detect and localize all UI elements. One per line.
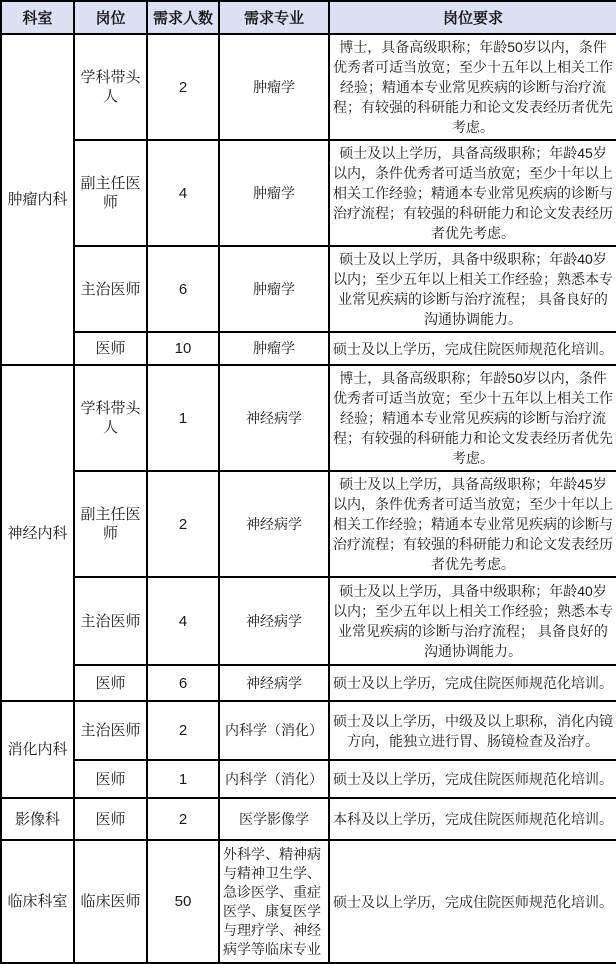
table-row: 影像科 医师 2 医学影像学 本科及以上学历，完成住院医师规范化培训。: [1, 798, 616, 840]
department-cell: 消化内科: [1, 701, 74, 798]
table-row: 主治医师 6 肿瘤学 硕士及以上学历，具备中级职称；年龄40岁以内；至少五年以上…: [1, 246, 616, 332]
table-row: 医师 1 内科学（消化） 硕士及以上学历，完成住院医师规范化培训。: [1, 760, 616, 798]
count-cell: 1: [147, 365, 219, 471]
count-cell: 2: [147, 798, 219, 840]
requirements-cell: 硕士及以上学历，具备中级职称；年龄40岁以内；至少五年以上相关工作经验；熟悉本专…: [329, 577, 616, 665]
header-row: 科室 岗位 需求人数 需求专业 岗位要求: [1, 1, 616, 34]
position-cell: 主治医师: [74, 246, 147, 332]
requirements-cell: 博士，具备高级职称；年龄50岁以内，条件优秀者可适当放宽；至少十五年以上相关工作…: [329, 365, 616, 471]
major-cell: 肿瘤学: [219, 246, 329, 332]
requirements-cell: 硕士及以上学历，中级及以上职称，消化内镜方向，能独立进行胃、肠镜检查及治疗。: [329, 701, 616, 760]
major-cell: 肿瘤学: [219, 34, 329, 140]
department-cell: 影像科: [1, 798, 74, 840]
position-cell: 副主任医师: [74, 140, 147, 246]
count-cell: 50: [147, 840, 219, 963]
header-department: 科室: [1, 1, 74, 34]
requirements-cell: 硕士及以上学历，具备中级职称；年龄40岁以内；至少五年以上相关工作经验；熟悉本专…: [329, 246, 616, 332]
table-row: 主治医师 4 神经病学 硕士及以上学历，具备中级职称；年龄40岁以内；至少五年以…: [1, 577, 616, 665]
major-cell: 外科学、精神病与精神卫生学、急诊医学、重症医学、康复医学与理疗学、神经病学等临床…: [219, 840, 329, 963]
major-cell: 神经病学: [219, 665, 329, 701]
major-cell: 内科学（消化）: [219, 701, 329, 760]
requirements-cell: 硕士及以上学历，完成住院医师规范化培训。: [329, 760, 616, 798]
major-cell: 神经病学: [219, 471, 329, 577]
position-cell: 学科带头人: [74, 365, 147, 471]
header-count: 需求人数: [147, 1, 219, 34]
position-cell: 学科带头人: [74, 34, 147, 140]
department-cell: 肿瘤内科: [1, 34, 74, 365]
major-cell: 肿瘤学: [219, 140, 329, 246]
requirements-cell: 硕士及以上学历，完成住院医师规范化培训。: [329, 840, 616, 963]
requirements-cell: 硕士及以上学历，具备高级职称；年龄45岁以内，条件优秀者可适当放宽；至少十年以上…: [329, 140, 616, 246]
count-cell: 10: [147, 332, 219, 365]
requirements-cell: 本科及以上学历，完成住院医师规范化培训。: [329, 798, 616, 840]
table-row: 消化内科 主治医师 2 内科学（消化） 硕士及以上学历，中级及以上职称，消化内镜…: [1, 701, 616, 760]
major-cell: 神经病学: [219, 365, 329, 471]
header-major: 需求专业: [219, 1, 329, 34]
requirements-cell: 博士，具备高级职称；年龄50岁以内，条件优秀者可适当放宽；至少十五年以上相关工作…: [329, 34, 616, 140]
table-row: 副主任医师 4 肿瘤学 硕士及以上学历，具备高级职称；年龄45岁以内，条件优秀者…: [1, 140, 616, 246]
major-cell: 内科学（消化）: [219, 760, 329, 798]
table-row: 肿瘤内科 学科带头人 2 肿瘤学 博士，具备高级职称；年龄50岁以内，条件优秀者…: [1, 34, 616, 140]
position-cell: 临床医师: [74, 840, 147, 963]
position-cell: 主治医师: [74, 577, 147, 665]
table-row: 神经内科 学科带头人 1 神经病学 博士，具备高级职称；年龄50岁以内，条件优秀…: [1, 365, 616, 471]
major-cell: 神经病学: [219, 577, 329, 665]
position-cell: 医师: [74, 760, 147, 798]
position-cell: 医师: [74, 332, 147, 365]
table-row: 临床科室 临床医师 50 外科学、精神病与精神卫生学、急诊医学、重症医学、康复医…: [1, 840, 616, 963]
requirements-cell: 硕士及以上学历，具备高级职称；年龄45岁以内，条件优秀者可适当放宽；至少十年以上…: [329, 471, 616, 577]
table-row: 医师 6 神经病学 硕士及以上学历，完成住院医师规范化培训。: [1, 665, 616, 701]
position-cell: 医师: [74, 798, 147, 840]
header-requirements: 岗位要求: [329, 1, 616, 34]
count-cell: 6: [147, 246, 219, 332]
count-cell: 2: [147, 34, 219, 140]
major-cell: 肿瘤学: [219, 332, 329, 365]
department-cell: 神经内科: [1, 365, 74, 701]
header-position: 岗位: [74, 1, 147, 34]
recruitment-table: 科室 岗位 需求人数 需求专业 岗位要求 肿瘤内科 学科带头人 2 肿瘤学 博士…: [0, 0, 616, 964]
position-cell: 医师: [74, 665, 147, 701]
count-cell: 1: [147, 760, 219, 798]
count-cell: 2: [147, 701, 219, 760]
table-row: 医师 10 肿瘤学 硕士及以上学历，完成住院医师规范化培训。: [1, 332, 616, 365]
count-cell: 4: [147, 577, 219, 665]
table-row: 副主任医师 2 神经病学 硕士及以上学历，具备高级职称；年龄45岁以内，条件优秀…: [1, 471, 616, 577]
count-cell: 4: [147, 140, 219, 246]
position-cell: 主治医师: [74, 701, 147, 760]
requirements-cell: 硕士及以上学历，完成住院医师规范化培训。: [329, 665, 616, 701]
count-cell: 2: [147, 471, 219, 577]
position-cell: 副主任医师: [74, 471, 147, 577]
major-cell: 医学影像学: [219, 798, 329, 840]
department-cell: 临床科室: [1, 840, 74, 963]
requirements-cell: 硕士及以上学历，完成住院医师规范化培训。: [329, 332, 616, 365]
count-cell: 6: [147, 665, 219, 701]
